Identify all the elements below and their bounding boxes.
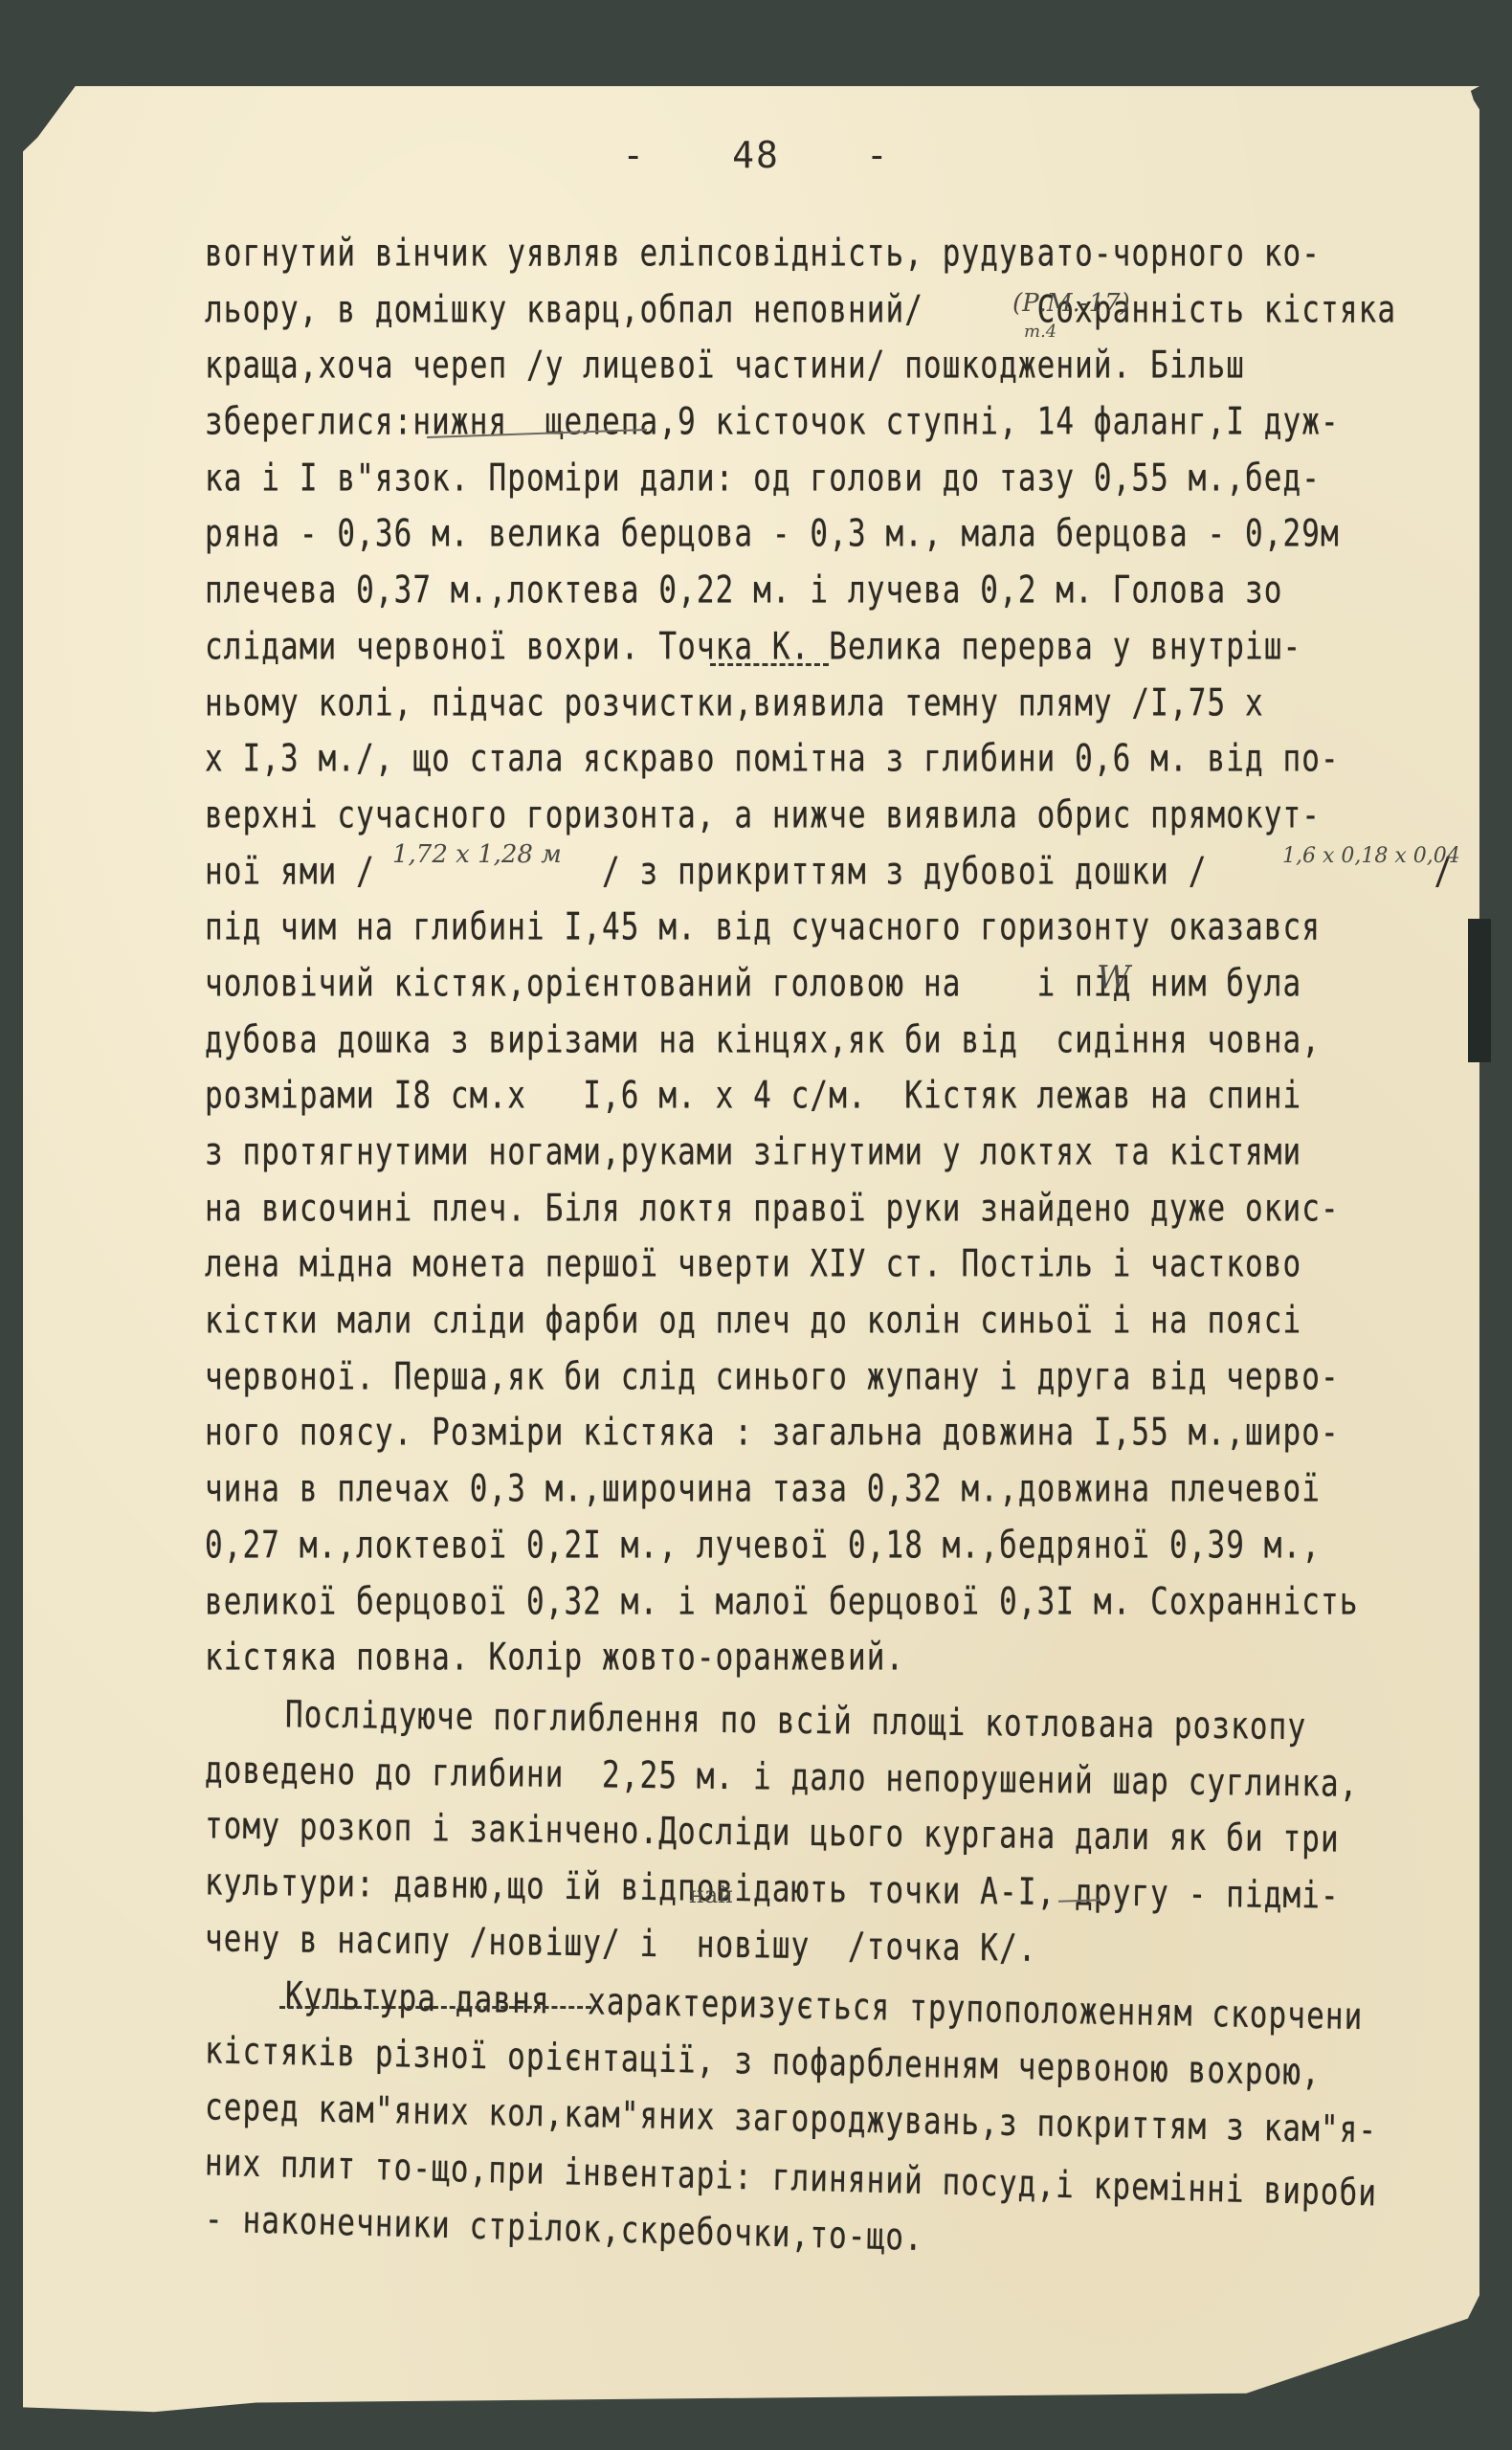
page-number-header: -48-	[0, 134, 1512, 176]
page-number: 48	[732, 134, 780, 176]
handwritten-archive-subref: т.4	[1024, 322, 1056, 342]
handwritten-orientation-west: W	[1097, 959, 1130, 997]
dashed-underline-kultura-davnya	[279, 2006, 591, 2009]
typewritten-body: вогнутий вінчик уявляв еліпсовідність, р…	[205, 226, 1487, 2248]
handwritten-board-dimensions: 1,6 х 0,18 х 0,04	[1282, 844, 1460, 868]
dashed-underline-tochka-k	[710, 663, 829, 666]
page-number-dash-left: -	[622, 134, 646, 176]
handwritten-archive-reference: (Р.М.-17)	[1012, 289, 1130, 318]
handwritten-insertion: най	[689, 1882, 733, 1908]
page-number-dash-right: -	[866, 134, 890, 176]
handwritten-pit-dimensions: 1,72 х 1,28 м	[392, 840, 562, 869]
